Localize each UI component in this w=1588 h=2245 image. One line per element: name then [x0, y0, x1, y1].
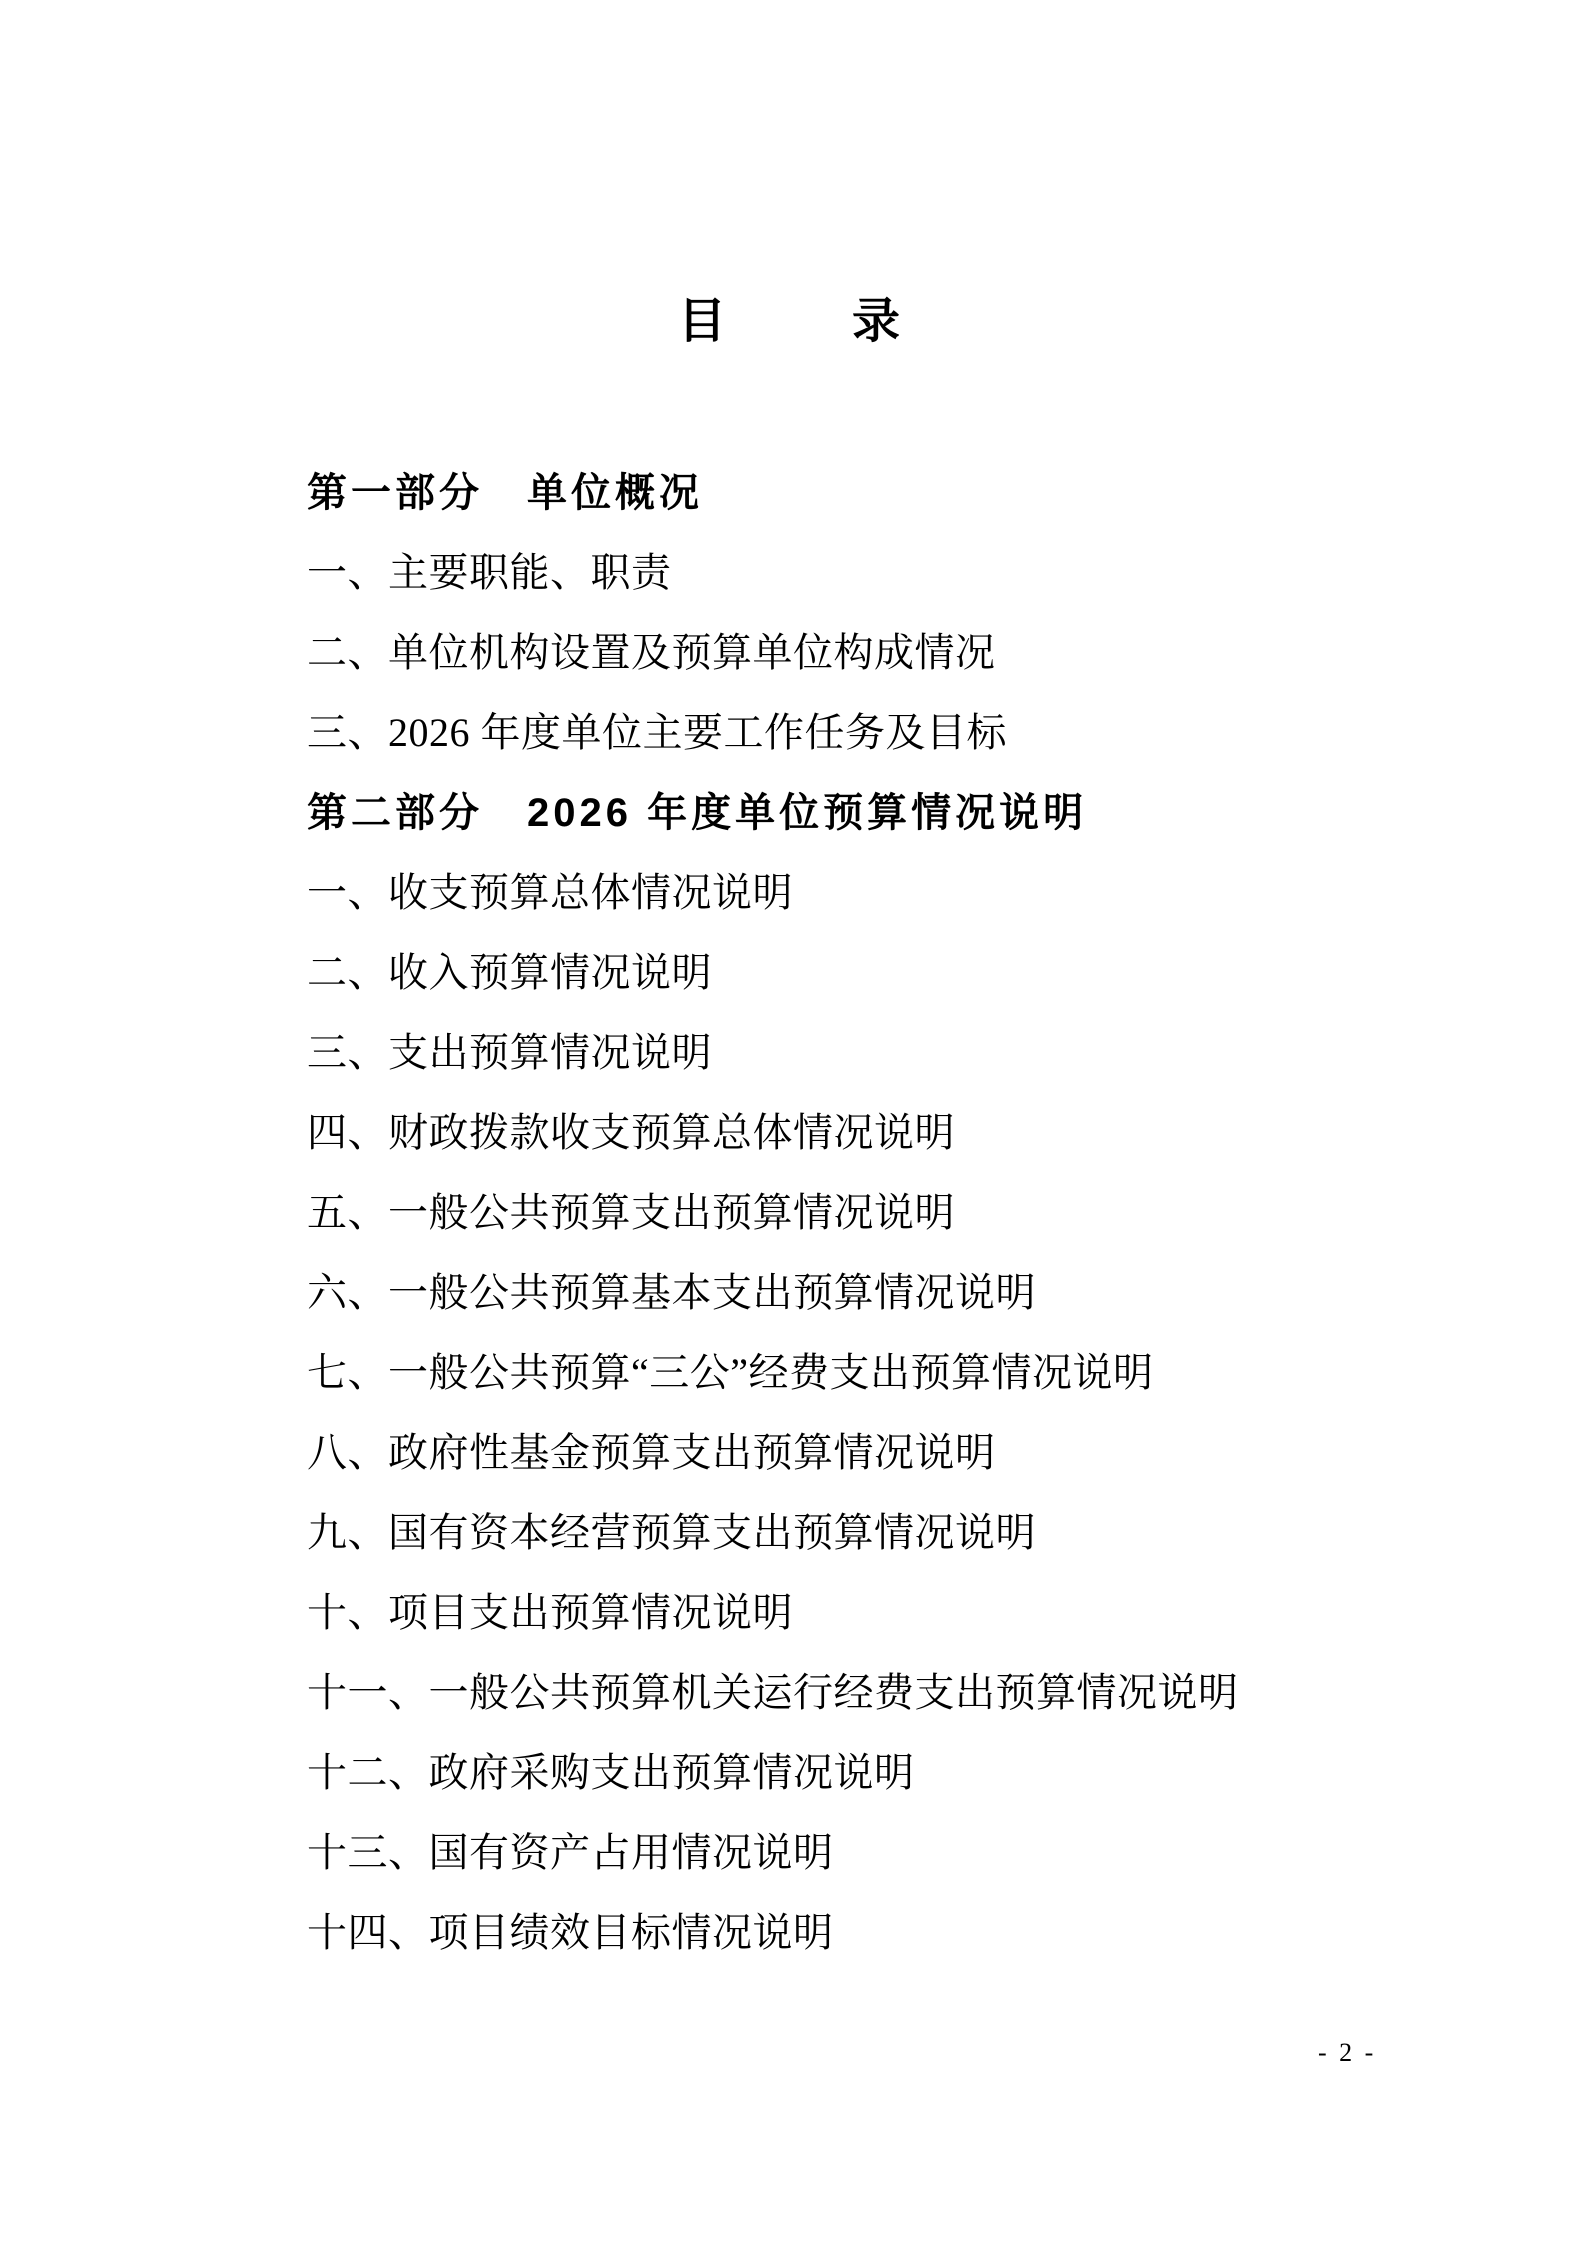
section-2-item-11: 十一、一般公共预算机关运行经费支出预算情况说明 — [307, 1653, 1487, 1733]
section-2-item-8: 八、政府性基金预算支出预算情况说明 — [307, 1413, 1487, 1493]
section-2-item-2: 二、收入预算情况说明 — [307, 933, 1487, 1013]
section-1-item-2: 二、单位机构设置及预算单位构成情况 — [307, 613, 1487, 693]
document-page: 目 录 第一部分 单位概况一、主要职能、职责二、单位机构设置及预算单位构成情况三… — [0, 0, 1588, 2245]
section-2-item-14: 十四、项目绩效目标情况说明 — [307, 1893, 1487, 1973]
section-2-item-12: 十二、政府采购支出预算情况说明 — [307, 1733, 1487, 1813]
section-2-item-5: 五、一般公共预算支出预算情况说明 — [307, 1173, 1487, 1253]
section-2-item-9: 九、国有资本经营预算支出预算情况说明 — [307, 1493, 1487, 1573]
section-1-item-3: 三、2026 年度单位主要工作任务及目标 — [307, 693, 1487, 773]
section-2-item-13: 十三、国有资产占用情况说明 — [307, 1813, 1487, 1893]
section-2-item-4: 四、财政拨款收支预算总体情况说明 — [307, 1093, 1487, 1173]
section-1-heading: 第一部分 单位概况 — [307, 453, 1487, 533]
section-2-item-6: 六、一般公共预算基本支出预算情况说明 — [307, 1253, 1487, 1333]
section-2-heading: 第二部分 2026 年度单位预算情况说明 — [307, 773, 1487, 853]
section-2-item-10: 十、项目支出预算情况说明 — [307, 1573, 1487, 1653]
section-2-item-3: 三、支出预算情况说明 — [307, 1013, 1487, 1093]
section-1-item-1: 一、主要职能、职责 — [307, 533, 1487, 613]
section-2-item-7: 七、一般公共预算“三公”经费支出预算情况说明 — [307, 1333, 1487, 1413]
section-2-item-1: 一、收支预算总体情况说明 — [307, 853, 1487, 933]
page-title: 目 录 — [0, 294, 1588, 350]
page-number: - 2 - — [1318, 2040, 1376, 2066]
table-of-contents: 第一部分 单位概况一、主要职能、职责二、单位机构设置及预算单位构成情况三、202… — [307, 453, 1487, 1973]
